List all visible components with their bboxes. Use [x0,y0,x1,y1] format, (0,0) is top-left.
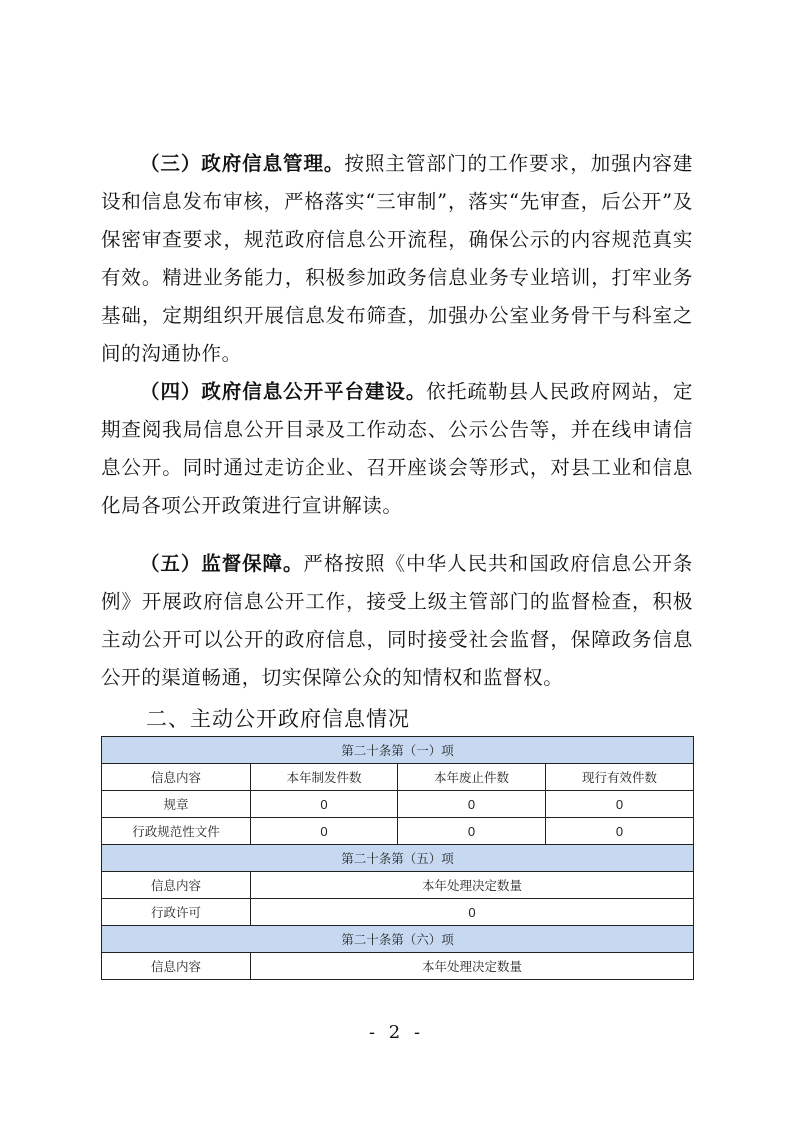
table-row: 规章 0 0 0 [102,791,694,818]
cell-value: 0 [546,818,694,845]
cell-value: 0 [546,791,694,818]
column-header: 本年处理决定数量 [251,872,694,899]
page-number: - 2 - [0,1022,793,1043]
paragraph-heading: （三）政府信息管理。 [140,152,344,175]
disclosure-table: 第二十条第（一）项 信息内容 本年制发件数 本年废止件数 现行有效件数 规章 0… [101,736,694,980]
section-title: 第二十条第（六）项 [102,926,694,953]
column-header: 本年处理决定数量 [251,953,694,980]
section-title: 第二十条第（五）项 [102,845,694,872]
column-header: 信息内容 [102,953,251,980]
section-heading: 二、主动公开政府信息情况 [146,703,410,733]
row-label: 规章 [102,791,251,818]
column-header: 现行有效件数 [546,764,694,791]
cell-value: 0 [251,818,398,845]
paragraph-platform-construction: （四）政府信息公开平台建设。依托疏勒县人民政府网站，定期查阅我局信息公开目录及工… [101,373,693,525]
table-section-title-row: 第二十条第（一）项 [102,737,694,764]
table-header-row: 信息内容 本年处理决定数量 [102,953,694,980]
table-header-row: 信息内容 本年制发件数 本年废止件数 现行有效件数 [102,764,694,791]
cell-value: 0 [251,791,398,818]
table-section-title-row: 第二十条第（五）项 [102,845,694,872]
paragraph-heading: （五）监督保障。 [140,552,303,575]
row-label: 行政许可 [102,899,251,926]
table-row: 行政许可 0 [102,899,694,926]
row-label: 行政规范性文件 [102,818,251,845]
column-header: 信息内容 [102,764,251,791]
paragraph-information-management: （三）政府信息管理。按照主管部门的工作要求，加强内容建设和信息发布审核，严格落实… [101,145,693,373]
column-header: 信息内容 [102,872,251,899]
cell-value: 0 [398,818,546,845]
cell-value: 0 [398,791,546,818]
column-header: 本年废止件数 [398,764,546,791]
table-section-title-row: 第二十条第（六）项 [102,926,694,953]
paragraph-heading: （四）政府信息公开平台建设。 [140,380,426,403]
section-title: 第二十条第（一）项 [102,737,694,764]
paragraph-supervision: （五）监督保障。严格按照《中华人民共和国政府信息公开条例》开展政府信息公开工作，… [101,545,693,697]
cell-value: 0 [251,899,694,926]
paragraph-body: 按照主管部门的工作要求，加强内容建设和信息发布审核，严格落实“三审制”，落实“先… [101,152,693,365]
column-header: 本年制发件数 [251,764,398,791]
table-header-row: 信息内容 本年处理决定数量 [102,872,694,899]
table-row: 行政规范性文件 0 0 0 [102,818,694,845]
